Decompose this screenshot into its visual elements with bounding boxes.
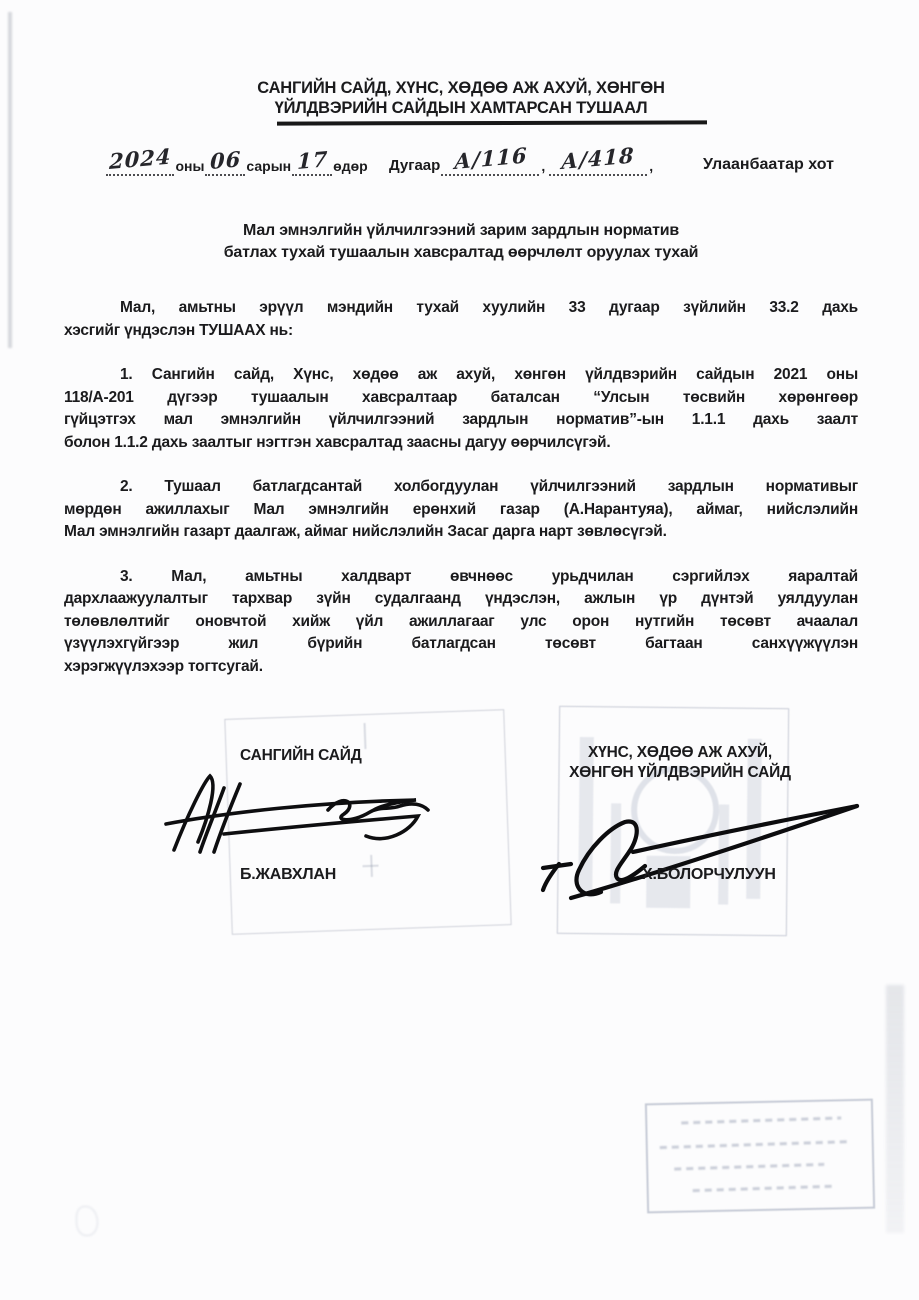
date-month-slot: 06	[205, 152, 245, 176]
scanned-document-page: САНГИЙН САЙД, ХҮНС, ХӨДӨӨ АЖ АХУЙ, ХӨНГӨ…	[0, 0, 919, 1300]
date-day-slot: 17	[292, 152, 332, 176]
stamp-script-row	[693, 1185, 833, 1192]
paragraph-clause-1: 1. Сангийн сайд, Хүнс, хөдөө аж ахуй, хө…	[64, 364, 858, 454]
scan-edge-artifact-right	[886, 985, 904, 1233]
date-month-label: сарын	[245, 158, 292, 176]
signature-right-title-line1: ХҮНС, ХӨДӨӨ АЖ АХУЙ,	[530, 743, 830, 763]
date-year-handwritten: 2024	[109, 146, 172, 172]
date-year-label: оны	[174, 158, 205, 176]
signature-left-title: САНГИЙН САЙД	[240, 747, 362, 765]
registration-stamp-box	[645, 1099, 875, 1214]
date-month-handwritten: 06	[210, 149, 241, 172]
document-subject-line1: Мал эмнэлгийн үйлчилгээний зарим зардлын…	[64, 220, 858, 242]
letterhead-title-line2: ҮЙЛДВЭРИЙН САЙДЫН ХАМТАРСАН ТУШААЛ	[64, 98, 858, 118]
scan-smudge	[76, 1206, 98, 1236]
letterhead-title: САНГИЙН САЙД, ХҮНС, ХӨДӨӨ АЖ АХУЙ, ХӨНГӨ…	[64, 78, 858, 118]
date-year-slot: 2024	[106, 152, 174, 176]
document-number-label: Дугаар	[388, 157, 441, 176]
paragraph-clause-2: 2. Тушаал батлагдсантай холбогдуулан үйл…	[64, 476, 858, 544]
document-number-1-handwritten: А/116	[454, 145, 528, 172]
signature-left-name: Б.ЖАВХЛАН	[240, 866, 336, 884]
document-subject: Мал эмнэлгийн үйлчилгээний зарим зардлын…	[64, 220, 858, 263]
signature-right-name: Х.БОЛОРЧУЛУУН	[642, 866, 776, 884]
document-number-separator-2: ,	[647, 158, 657, 176]
date-day-label: өдөр	[332, 158, 369, 176]
document-body: Мал, амьтны эрүүл мэндийн тухай хуулийн …	[64, 297, 858, 700]
document-number-separator-1: ,	[539, 158, 549, 176]
document-number-group: Дугаар А/116 , А/418 ,	[388, 152, 657, 176]
document-number-slot-2: А/418	[549, 152, 647, 176]
paragraph-intro: Мал, амьтны эрүүл мэндийн тухай хуулийн …	[64, 297, 858, 342]
date-day-handwritten: 17	[297, 149, 328, 172]
document-number-slot-1: А/116	[441, 152, 539, 176]
letterhead-underline	[277, 120, 707, 125]
letterhead-title-line1: САНГИЙН САЙД, ХҮНС, ХӨДӨӨ АЖ АХУЙ, ХӨНГӨ…	[64, 78, 858, 98]
stamp-mark	[364, 723, 367, 749]
city-label: Улаанбаатар хот	[703, 156, 834, 174]
stamp-script-row	[660, 1140, 850, 1149]
paragraph-clause-3: 3. Мал, амьтны халдварт өвчнөөс урьдчила…	[64, 566, 858, 679]
date-group: 2024 оны 06 сарын 17 өдөр	[106, 152, 369, 176]
dateline: 2024 оны 06 сарын 17 өдөр Дугаар А/116 ,…	[0, 148, 919, 190]
document-subject-line2: батлах тухай тушаалын хавсралтад өөрчлөл…	[64, 242, 858, 264]
signature-left-autograph	[160, 768, 470, 868]
stamp-script-row	[674, 1163, 824, 1171]
document-number-2-handwritten: А/418	[561, 145, 635, 172]
stamp-script-row	[681, 1116, 841, 1124]
